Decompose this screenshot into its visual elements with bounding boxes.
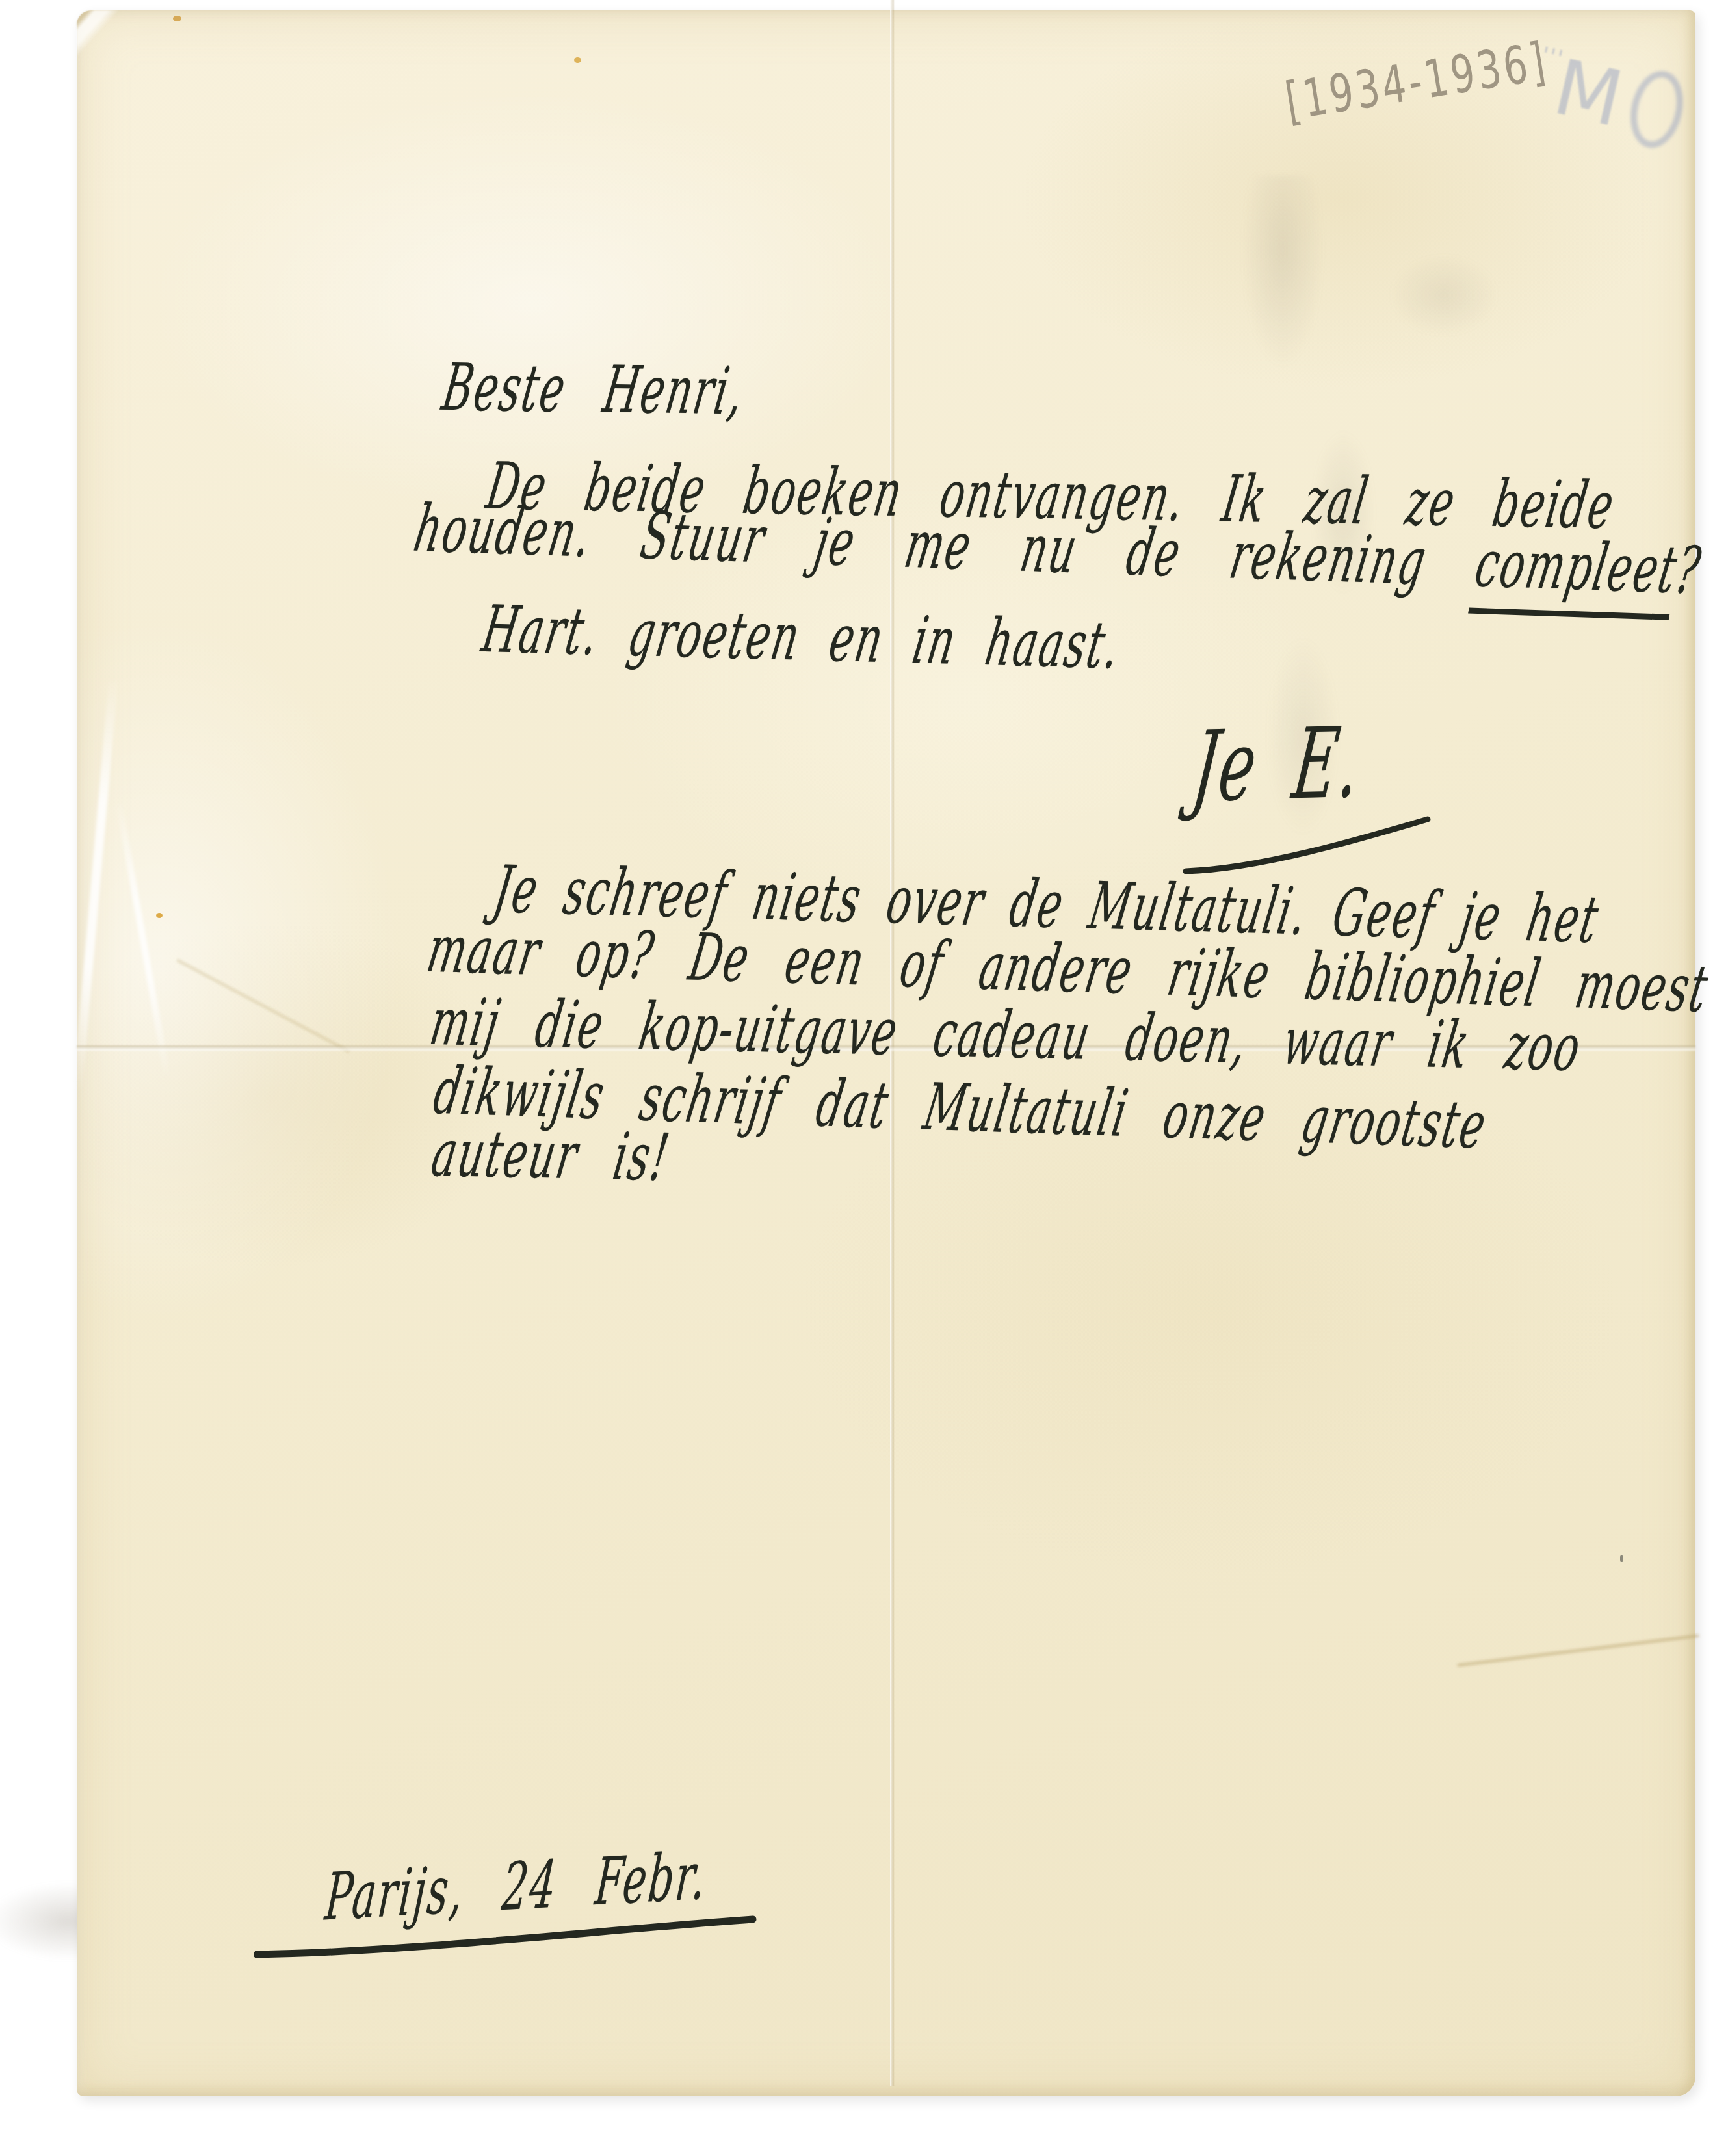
- dateline-underline: [254, 1910, 757, 1962]
- wrinkle-crease: [177, 959, 350, 1053]
- underlined-word: compleet: [1468, 525, 1684, 620]
- corner-fold-shadow: [77, 10, 155, 72]
- stain-dot: [173, 16, 181, 21]
- wrinkle-crease: [1457, 1634, 1699, 1667]
- wrinkle-highlight: [73, 677, 118, 1092]
- dirt-speck: [1620, 1555, 1623, 1562]
- closing-line: Hart. groeten en in haast.: [478, 597, 1125, 678]
- wrinkle-highlight: [116, 801, 171, 1077]
- stain-dot: [574, 57, 581, 63]
- signature: Je E.: [1188, 714, 1367, 816]
- stamp-blob-icon: [1623, 66, 1690, 153]
- stain-dot: [156, 913, 163, 918]
- salutation-line: Beste Henri,: [439, 355, 750, 424]
- postscript-line-5: auteur is!: [428, 1121, 674, 1190]
- scan-background: [1934-1936] ''' M Beste Henri, De beide …: [0, 0, 1728, 2156]
- signature-flourish: [1182, 814, 1435, 880]
